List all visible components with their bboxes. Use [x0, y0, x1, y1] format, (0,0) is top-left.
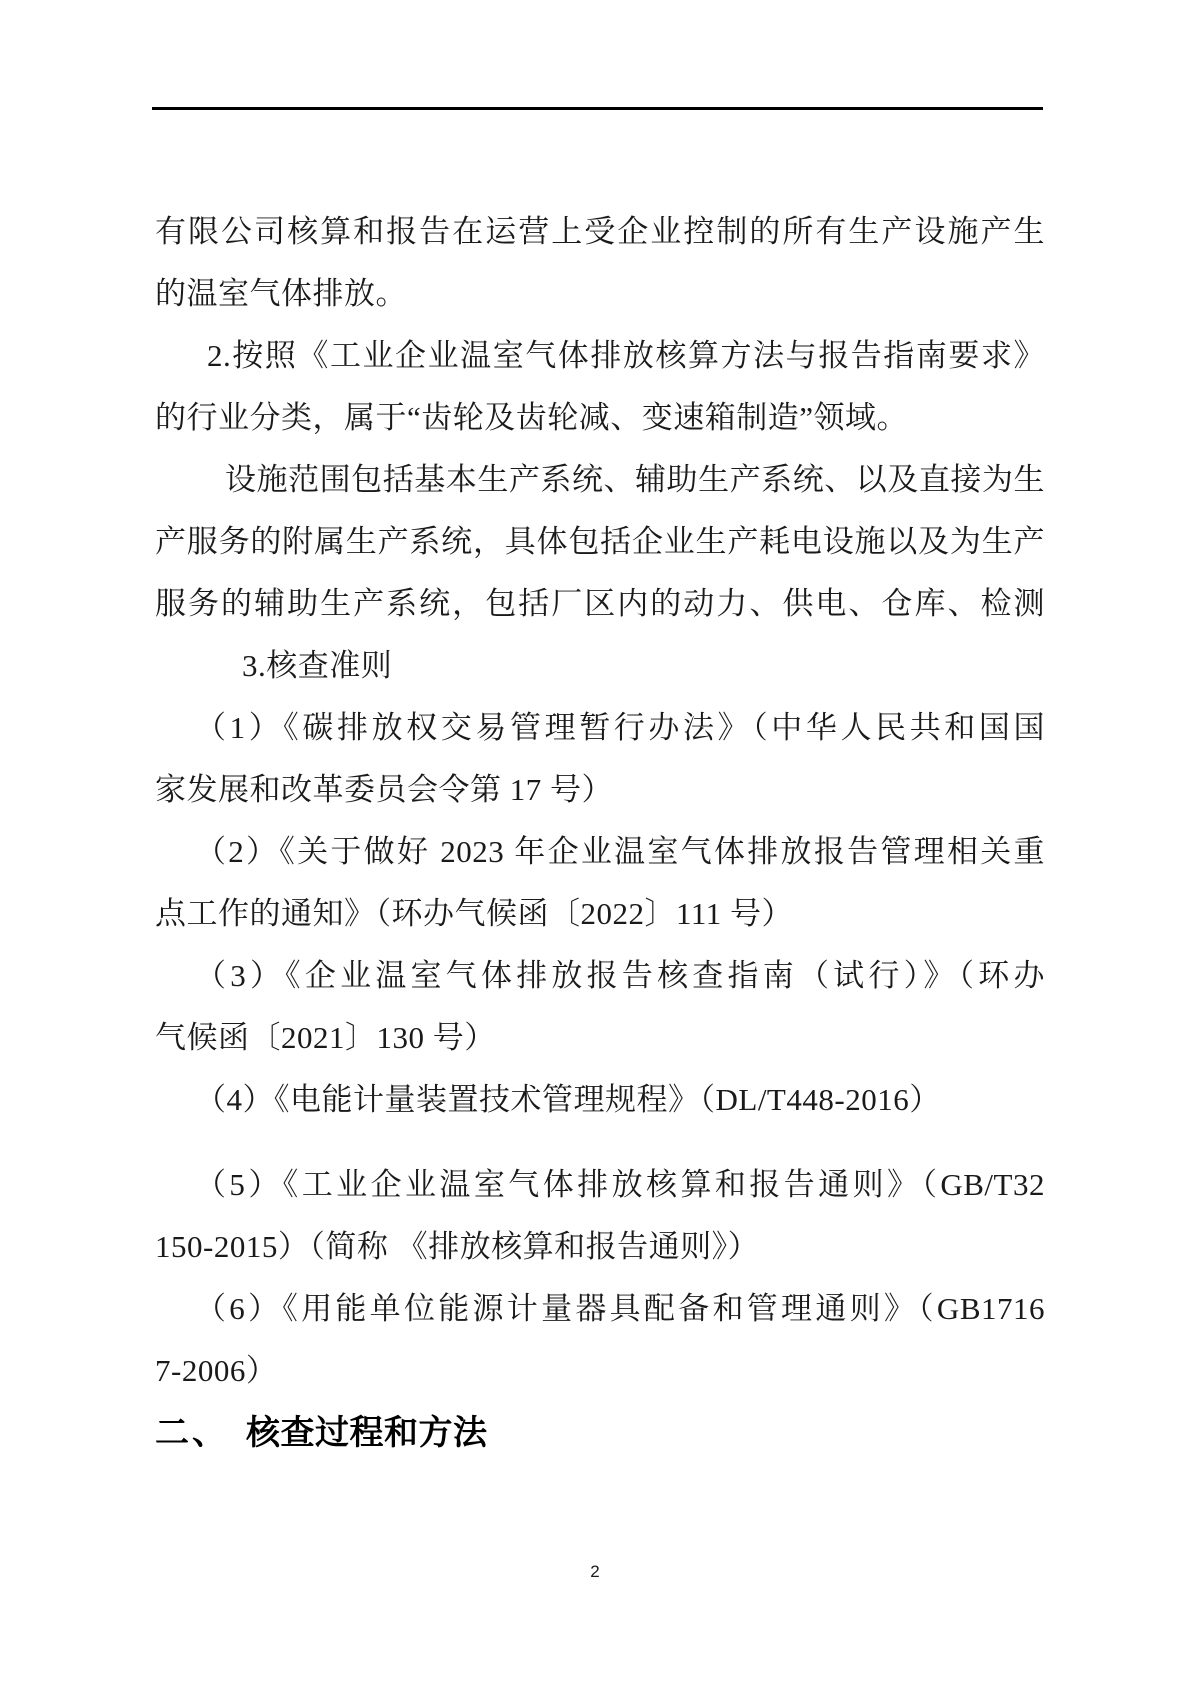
text-line: 气候函〔2021〕130 号）	[155, 1007, 1045, 1069]
text-line: 点工作的通知》（环办气候函〔2022〕111 号）	[155, 883, 1045, 945]
text-line: 7-2006）	[155, 1340, 1045, 1402]
text-line: 2.按照《工业企业温室气体排放核算方法与报告指南要求》	[155, 325, 1045, 387]
text-line: 的行业分类，属于“齿轮及齿轮减、变速箱制造”领域。	[155, 387, 1045, 449]
document-page: 有限公司核算和报告在运营上受企业控制的所有生产设施产生的温室气体排放。2.按照《…	[0, 0, 1190, 1683]
document-body: 有限公司核算和报告在运营上受企业控制的所有生产设施产生的温室气体排放。2.按照《…	[155, 201, 1045, 1465]
text-line: 有限公司核算和报告在运营上受企业控制的所有生产设施产生	[155, 201, 1045, 263]
paragraphs-container: 有限公司核算和报告在运营上受企业控制的所有生产设施产生的温室气体排放。2.按照《…	[155, 201, 1045, 1402]
page-number: 2	[0, 1560, 1190, 1584]
text-line: （6）《用能单位能源计量器具配备和管理通则》（GB1716	[155, 1278, 1045, 1340]
section-heading-numeral: 二、	[155, 1414, 229, 1452]
text-line: 3.核查准则	[155, 635, 1045, 697]
text-line: 服务的辅助生产系统，包括厂区内的动力、供电、仓库、检测等。	[155, 573, 1045, 635]
text-line: 家发展和改革委员会令第 17 号）	[155, 759, 1045, 821]
text-line: 150-2015）（简称 《排放核算和报告通则》）	[155, 1216, 1045, 1278]
text-line: 的温室气体排放。	[155, 263, 1045, 325]
text-line: （1）《碳排放权交易管理暂行办法》（中华人民共和国国	[155, 697, 1045, 759]
header-rule	[152, 107, 1043, 110]
text-line: （2）《关于做好 2023 年企业温室气体排放报告管理相关重	[155, 821, 1045, 883]
section-heading-text: 核查过程和方法	[246, 1414, 488, 1452]
section-heading: 二、核查过程和方法	[155, 1402, 1045, 1465]
text-line: （3）《企业温室气体排放报告核查指南（试行）》（环办	[155, 945, 1045, 1007]
text-line: （5）《工业企业温室气体排放核算和报告通则》（GB/T32	[155, 1154, 1045, 1216]
text-line: 产服务的附属生产系统，具体包括企业生产耗电设施以及为生产	[155, 511, 1045, 573]
text-line: 设施范围包括基本生产系统、辅助生产系统、以及直接为生	[155, 449, 1045, 511]
text-line: （4）《电能计量装置技术管理规程》（DL/T448-2016）	[155, 1069, 1045, 1131]
